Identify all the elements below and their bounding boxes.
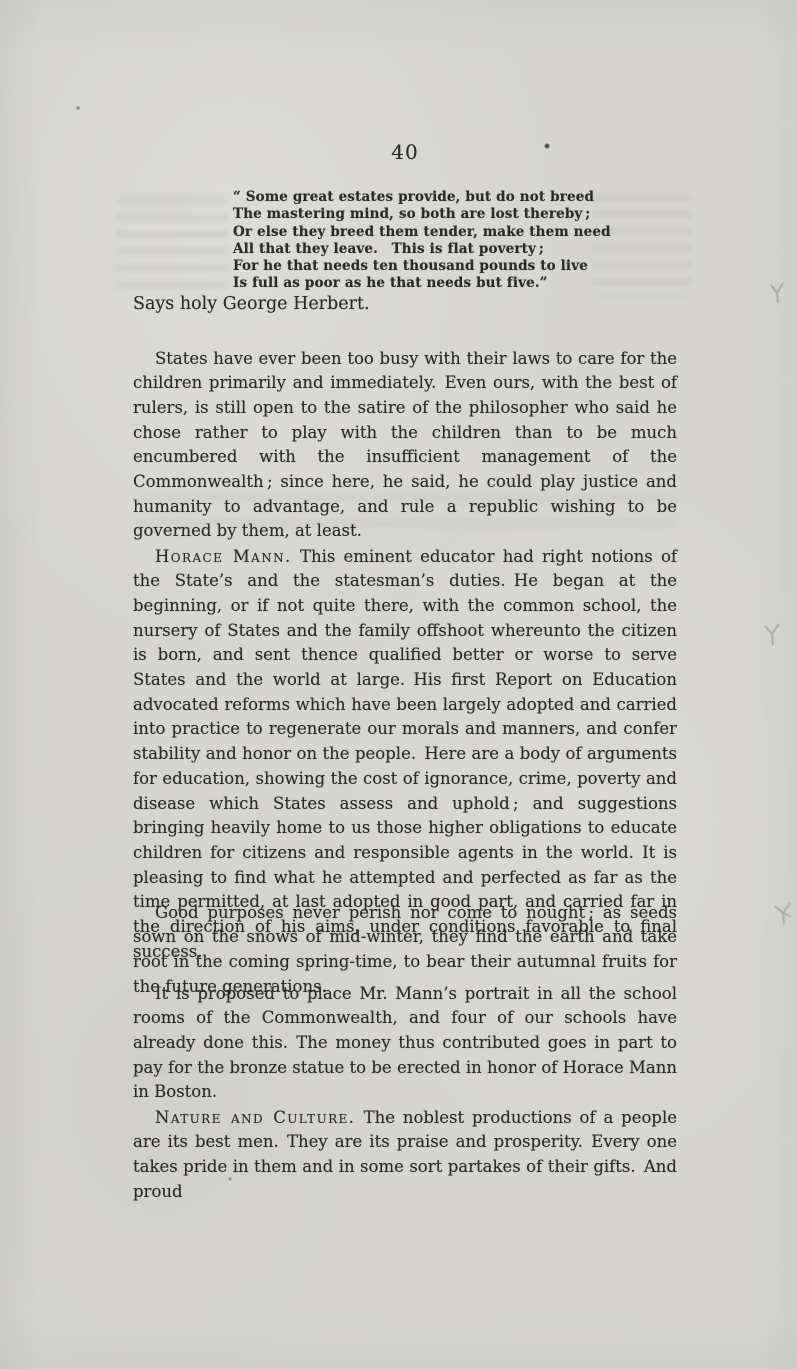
quote-line: For he that needs ten thousand pounds to…: [233, 258, 613, 275]
paper-crease: [766, 280, 788, 306]
section-nature-and-culture: Nature and Culture. The noblest producti…: [133, 1106, 677, 1205]
quote-line: The mastering mind, so both are lost the…: [233, 206, 613, 223]
paper-crease: [770, 898, 796, 928]
page-number: 40: [133, 140, 677, 164]
quote-attribution: Says holy George Herbert.: [133, 294, 370, 314]
paragraph-portrait-proposal: It is proposed to place Mr. Mann’s portr…: [133, 982, 677, 1106]
quote-line: Is full as poor as he that needs but fiv…: [233, 275, 613, 292]
ink-speck: [76, 106, 80, 110]
quote-line: Or else they breed them tender, make the…: [233, 224, 613, 241]
bleedthrough-artifact: [116, 196, 228, 296]
quote-line: All that they leave. This is flat povert…: [233, 241, 613, 258]
quote-line: “ Some great estates provide, but do not…: [233, 189, 613, 206]
section-heading-nature-and-culture: Nature and Culture.: [155, 1108, 355, 1127]
paper-crease: [760, 620, 784, 648]
paragraph-states: States have ever been too busy with thei…: [133, 347, 677, 545]
section-body-horace-mann: This eminent educator had right notions …: [133, 547, 677, 961]
section-heading-horace-mann: Horace Mann.: [155, 547, 292, 566]
herbert-poem-quote: “ Some great estates provide, but do not…: [233, 189, 613, 293]
